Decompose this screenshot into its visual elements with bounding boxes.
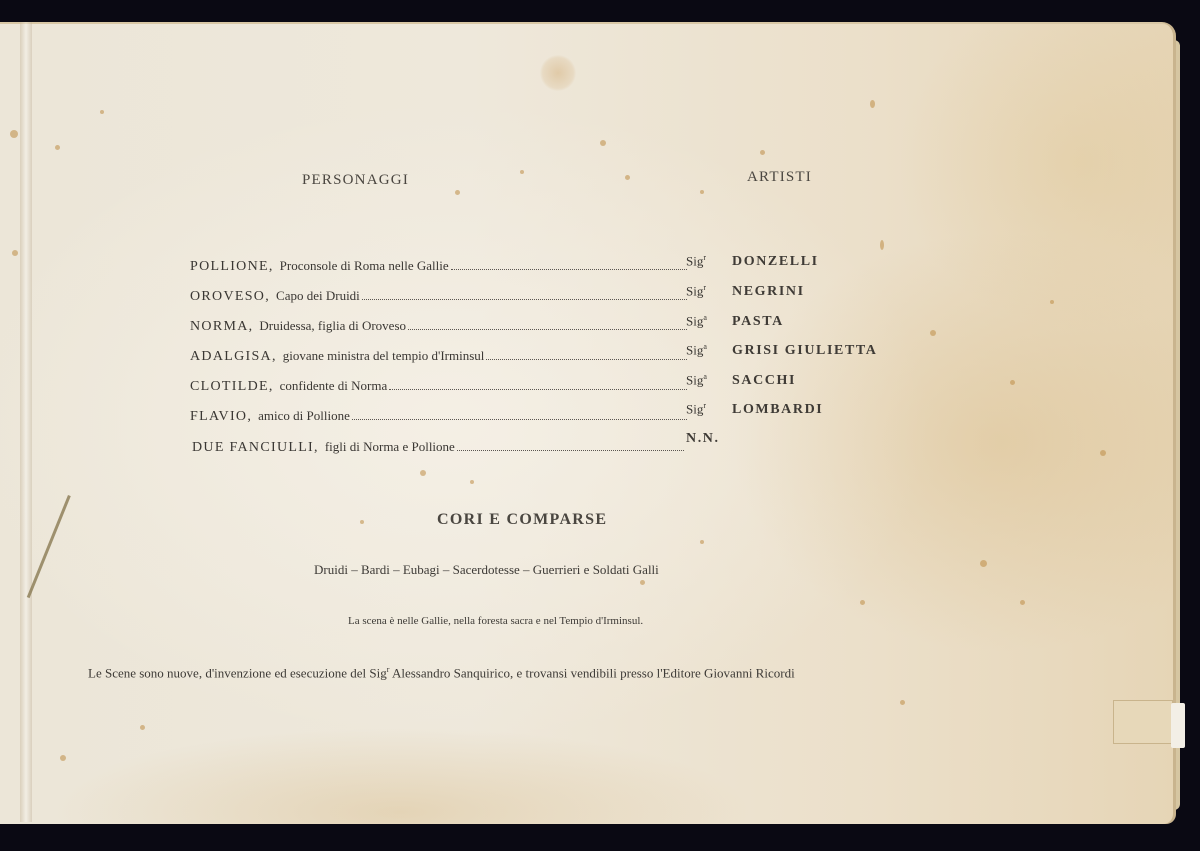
artist-row-clotilde: Siga SACCHI: [686, 372, 796, 389]
role-description: confidente di Norma: [280, 378, 388, 394]
role-name: OROVESO,: [190, 289, 270, 305]
artist-name: SACCHI: [732, 373, 796, 389]
paper-tab: [1171, 703, 1185, 748]
artist-row-due-fanciulli: N.N.: [686, 431, 720, 447]
leader-dots: [457, 449, 684, 451]
faded-stamp: [540, 55, 576, 91]
artist-name: GRISI GIULIETTA: [732, 343, 878, 359]
header-personaggi: PERSONAGGI: [302, 172, 409, 189]
artist-name: DONZELLI: [732, 254, 819, 270]
cast-row-pollione: POLLIONE, Proconsole di Roma nelle Galli…: [190, 258, 690, 278]
cast-row-clotilde: CLOTILDE, confidente di Norma: [190, 378, 690, 398]
scene-setting: La scena è nelle Gallie, nella foresta s…: [348, 615, 643, 627]
role-description: Druidessa, figlia di Oroveso: [259, 318, 406, 334]
role-description: Proconsole di Roma nelle Gallie: [280, 258, 449, 274]
artist-title: Sigr: [686, 401, 732, 417]
artist-name: NEGRINI: [732, 284, 805, 300]
leader-dots: [451, 268, 687, 270]
artist-title: Siga: [686, 372, 732, 388]
role-name: DUE FANCIULLI,: [192, 440, 319, 456]
chorus-heading: CORI E COMPARSE: [437, 511, 607, 529]
cast-row-adalgisa: ADALGISA, giovane ministra del tempio d'…: [190, 348, 690, 368]
leader-dots: [362, 298, 687, 300]
binding-gutter: [20, 22, 32, 822]
cast-row-due-fanciulli: DUE FANCIULLI, figli di Norma e Pollione: [192, 439, 687, 459]
artist-title: Sigr: [686, 253, 732, 269]
leader-dots: [389, 388, 687, 390]
artist-title: Siga: [686, 342, 732, 358]
artist-title: Sigr: [686, 283, 732, 299]
role-description: Capo dei Druidi: [276, 288, 360, 304]
artist-name: PASTA: [732, 314, 784, 330]
role-name: FLAVIO,: [190, 409, 252, 425]
header-artisti: ARTISTI: [747, 169, 812, 186]
role-name: ADALGISA,: [190, 349, 277, 365]
role-name: POLLIONE,: [190, 259, 274, 275]
role-name: CLOTILDE,: [190, 379, 274, 395]
artist-name: N.N.: [686, 431, 720, 447]
role-name: NORMA,: [190, 319, 253, 335]
artist-row-pollione: Sigr DONZELLI: [686, 253, 819, 270]
role-description: amico di Pollione: [258, 408, 350, 424]
cast-row-norma: NORMA, Druidessa, figlia di Oroveso: [190, 318, 690, 338]
leader-dots: [486, 358, 687, 360]
cast-row-oroveso: OROVESO, Capo dei Druidi: [190, 288, 690, 308]
artist-name: LOMBARDI: [732, 402, 823, 418]
scenery-credit: Le Scene sono nuove, d'invenzione ed ese…: [88, 665, 795, 681]
role-description: figli di Norma e Pollione: [325, 439, 455, 455]
paper-slip: [1113, 700, 1173, 744]
cast-row-flavio: FLAVIO, amico di Pollione: [190, 408, 690, 428]
chorus-list: Druidi – Bardi – Eubagi – Sacerdotesse –…: [314, 562, 659, 578]
leader-dots: [352, 418, 687, 420]
artist-row-oroveso: Sigr NEGRINI: [686, 283, 805, 300]
artist-row-flavio: Sigr LOMBARDI: [686, 401, 823, 418]
role-description: giovane ministra del tempio d'Irminsul: [283, 348, 485, 364]
artist-row-adalgisa: Siga GRISI GIULIETTA: [686, 342, 878, 359]
artist-row-norma: Siga PASTA: [686, 313, 784, 330]
artist-title: Siga: [686, 313, 732, 329]
leader-dots: [408, 328, 687, 330]
